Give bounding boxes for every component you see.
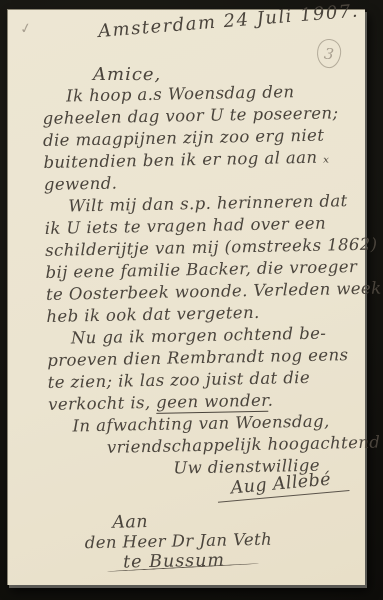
- letter-body: Ik hoop a.s Woensdag dengeheelen dag voo…: [42, 80, 369, 574]
- letter-paper: ✓ Amsterdam 24 Juli 1907. 3 Amice, Ik ho…: [7, 9, 365, 585]
- date-line: Amsterdam 24 Juli 1907.: [97, 1, 360, 42]
- pencil-checkmark: ✓: [18, 20, 33, 38]
- salutation: Amice,: [93, 64, 161, 85]
- page-number-text: 3: [323, 44, 335, 63]
- letter-photo: ✓ Amsterdam 24 Juli 1907. 3 Amice, Ik ho…: [0, 0, 383, 600]
- pencil-page-number: 3: [315, 38, 342, 70]
